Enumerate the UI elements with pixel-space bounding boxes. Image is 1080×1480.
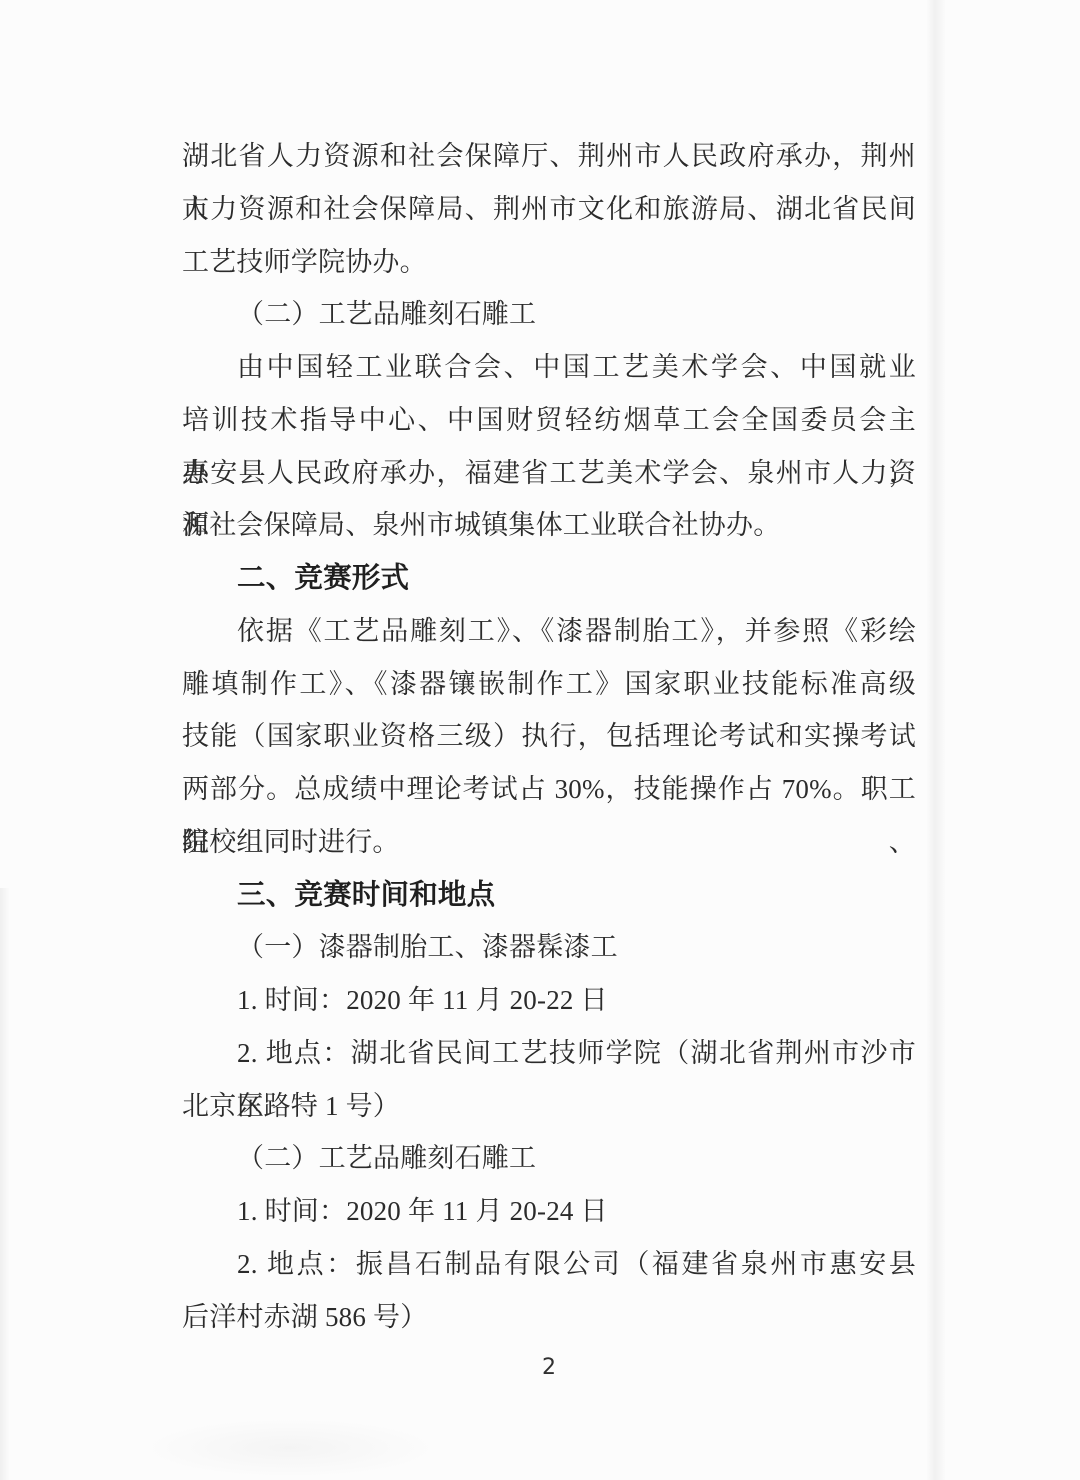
- time-line: 1. 时间：2020 年 11 月 20-24 日: [182, 1185, 916, 1238]
- section-heading-3: 三、竞赛时间和地点: [182, 869, 916, 922]
- text-line: 两部分。总成绩中理论考试占 30%，技能操作占 70%。职工组、: [182, 763, 916, 816]
- subsection-title: （二）工艺品雕刻石雕工: [182, 288, 916, 341]
- page-number: 2: [182, 1348, 916, 1388]
- text-line: 技能（国家职业资格三级）执行，包括理论考试和实操考试: [182, 710, 916, 763]
- text-line: 由中国轻工业联合会、中国工艺美术学会、中国就业: [182, 341, 916, 394]
- text-line: 培训技术指导中心、中国财贸轻纺烟草工会全国委员会主办，: [182, 394, 916, 447]
- section-heading-2: 二、竞赛形式: [182, 552, 916, 605]
- location-line: 2. 地点：振昌石制品有限公司（福建省泉州市惠安县: [182, 1238, 916, 1291]
- location-line-cont: 北京东路特 1 号）: [182, 1080, 916, 1133]
- text-line: 人力资源和社会保障局、荆州市文化和旅游局、湖北省民间: [182, 183, 916, 236]
- text-line: 雕填制作工》、《漆器镶嵌制作工》国家职业技能标准高级: [182, 658, 916, 711]
- scanned-document-page: 湖北省人力资源和社会保障厅、荆州市人民政府承办，荆州市 人力资源和社会保障局、荆…: [0, 0, 1080, 1480]
- document-body: 湖北省人力资源和社会保障厅、荆州市人民政府承办，荆州市 人力资源和社会保障局、荆…: [182, 130, 916, 1343]
- scan-smudge: [140, 1418, 440, 1478]
- subsection-title: （一）漆器制胎工、漆器髹漆工: [182, 921, 916, 974]
- scan-streak-right: [926, 0, 946, 1480]
- text-line: 湖北省人力资源和社会保障厅、荆州市人民政府承办，荆州市: [182, 130, 916, 183]
- location-line-cont: 后洋村赤湖 586 号）: [182, 1291, 916, 1344]
- scan-streak-left: [0, 888, 10, 1480]
- text-line: 惠安县人民政府承办，福建省工艺美术学会、泉州市人力资源: [182, 447, 916, 500]
- text-line: 工艺技师学院协办。: [182, 236, 916, 289]
- location-line: 2. 地点：湖北省民间工艺技师学院（湖北省荆州市沙市区: [182, 1027, 916, 1080]
- text-line: 依据《工艺品雕刻工》、《漆器制胎工》，并参照《彩绘: [182, 605, 916, 658]
- subsection-title: （二）工艺品雕刻石雕工: [182, 1132, 916, 1185]
- time-line: 1. 时间：2020 年 11 月 20-22 日: [182, 974, 916, 1027]
- text-line: 和社会保障局、泉州市城镇集体工业联合社协办。: [182, 499, 916, 552]
